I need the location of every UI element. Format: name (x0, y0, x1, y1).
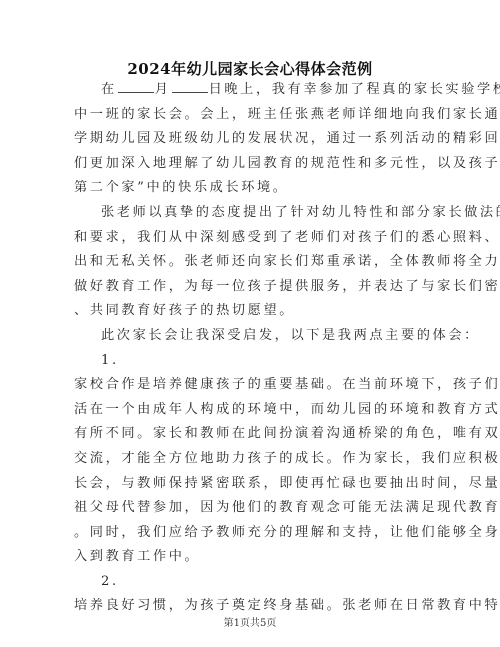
document-body: 在月日晚上，我有幸参加了程真的家长实验学校幼儿园 中一班的家长会。会上，班主任张… (74, 78, 428, 619)
point-1-line: 祖父母代替参加，因为他们的教育观念可能无法满足现代教育的需求 (74, 496, 428, 521)
point-2-label: 2. (74, 570, 428, 595)
paragraph-1-line: 们更加深入地理解了幼儿园教育的规范性和多元性，以及孩子们在“ (74, 152, 428, 177)
text: 在 (101, 82, 117, 97)
paragraph-1-line: 中一班的家长会。会上，班主任张燕老师详细地向我们家长通报了本 (74, 103, 428, 128)
paragraph-1-line: 学期幼儿园及班级幼儿的发展状况，通过一系列活动的精彩回顾，我 (74, 127, 428, 152)
paragraph-2-line: 和要求，我们从中深刻感受到了老师们对孩子们的悉心照料、用心付 (74, 226, 428, 251)
paragraph-1-line: 第二个家”中的快乐成长环境。 (74, 176, 428, 201)
text: 日晚上，我有幸参加了程真的家长实验学校幼儿园 (209, 82, 500, 97)
point-1-label: 1. (74, 349, 428, 374)
paragraph-2-line: 张老师以真挚的态度提出了针对幼儿特性和部分家长做法的建议 (74, 201, 428, 226)
paragraph-3: 此次家长会让我深受启发，以下是我两点主要的体会： (74, 324, 428, 349)
paragraph-2-line: 、共同教育好孩子的热切愿望。 (74, 299, 428, 324)
paragraph-2-line: 做好教育工作，为每一位孩子提供服务，并表达了与家长们密切合作 (74, 275, 428, 300)
point-1-line: 。同时，我们应给予教师充分的理解和支持，让他们能够全身心地投 (74, 521, 428, 546)
document-title: 2024年幼儿园家长会心得体会范例 (0, 58, 500, 79)
blank-month-field (118, 78, 154, 93)
point-1-line: 入到教育工作中。 (74, 545, 428, 570)
point-1-line: 长会，与教师保持紧密联系，即使再忙碌也要抽出时间，尽量避免由 (74, 472, 428, 497)
text: 月 (155, 82, 171, 97)
page-footer: 第1页共5页 (0, 614, 500, 629)
blank-day-field (172, 78, 208, 93)
point-1-line: 家校合作是培养健康孩子的重要基础。在当前环境下，孩子们大多生 (74, 373, 428, 398)
paragraph-2-line: 出和无私关怀。张老师还向家长们郑重承诺，全体教师将全力以赴地 (74, 250, 428, 275)
point-1-line: 交流，才能全方位地助力孩子的成长。作为家长，我们应积极参与家 (74, 447, 428, 472)
document-page: 2024年幼儿园家长会心得体会范例 在月日晚上，我有幸参加了程真的家长实验学校幼… (0, 0, 500, 647)
point-1-line: 活在一个由成年人构成的环境中，而幼儿园的环境和教育方式与家庭 (74, 398, 428, 423)
paragraph-1-line-1: 在月日晚上，我有幸参加了程真的家长实验学校幼儿园 (74, 78, 428, 103)
point-1-line: 有所不同。家长和教师在此间扮演着沟通桥梁的角色，唯有双方充分 (74, 422, 428, 447)
